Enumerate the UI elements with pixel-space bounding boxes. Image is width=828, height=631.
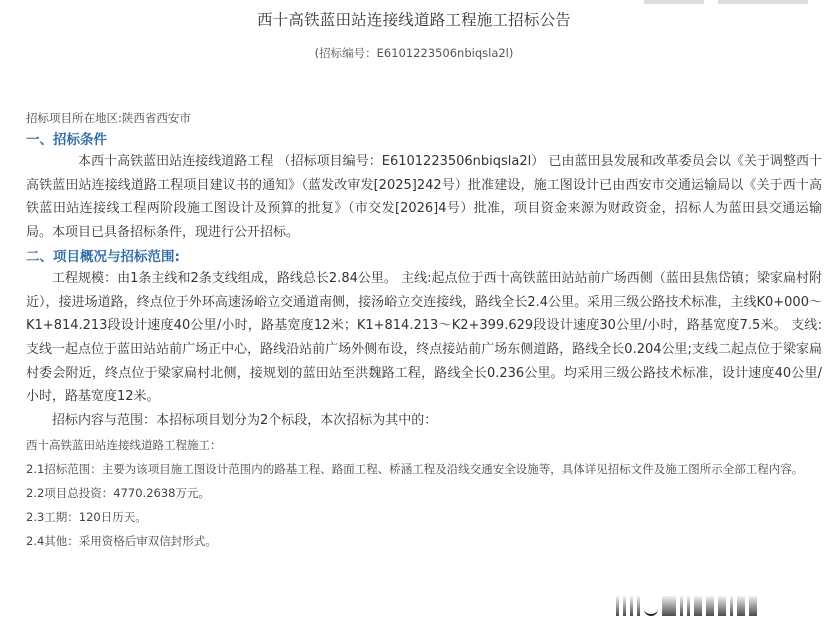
tender-conditions-paragraph: 本西十高铁蓝田站连接线道路工程 （招标项目编号：E6101223506nbiqs… [26, 150, 822, 245]
watermark-stroke [680, 596, 683, 616]
tender-number: (招标编号：E6101223506nbiqsla2l) [0, 45, 828, 61]
cropped-header-remnant [588, 0, 828, 6]
section-heading-project-overview: 二、项目概况与招标范围: [26, 247, 822, 267]
watermark-stroke [637, 596, 640, 616]
document-body: 招标项目所在地区:陕西省西安市 一、招标条件 本西十高铁蓝田站连接线道路工程 （… [26, 108, 822, 553]
watermark-stroke [687, 596, 690, 616]
watermark-stroke [737, 596, 745, 616]
watermark-stroke [630, 596, 633, 616]
watermark-stroke [694, 596, 702, 616]
watermark-stroke [706, 596, 714, 616]
item-tender-scope: 2.1招标范围：主要为该项目施工图设计范围内的路基工程、路面工程、桥涵工程及沿线… [26, 457, 822, 481]
item-other: 2.4其他：采用资格后审双信封形式。 [26, 529, 822, 553]
watermark-stroke [730, 596, 733, 616]
document-title: 西十高铁蓝田站连接线道路工程施工招标公告 [0, 8, 828, 30]
cropped-text-fragment [644, 0, 704, 4]
blurred-watermark [616, 592, 812, 616]
section-heading-tender-conditions: 一、招标条件 [26, 130, 822, 150]
watermark-stroke [616, 596, 619, 616]
item-total-investment: 2.2项目总投资：4770.2638万元。 [26, 481, 822, 505]
project-scale-paragraph: 工程规模：由1条主线和2条支线组成，路线总长2.84公里。 主线:起点位于西十高… [26, 267, 822, 409]
cropped-text-fragment [718, 0, 808, 4]
watermark-stroke [718, 596, 726, 616]
watermark-logo-icon [644, 594, 658, 616]
item-duration: 2.3工期：120日历天。 [26, 505, 822, 529]
lot-name: 西十高铁蓝田站连接线道路工程施工： [26, 433, 822, 457]
project-region: 招标项目所在地区:陕西省西安市 [26, 108, 822, 128]
tender-scope-intro: 招标内容与范围：本招标项目划分为2个标段，本次招标为其中的： [26, 409, 822, 433]
watermark-stroke [623, 596, 626, 616]
watermark-stroke [662, 596, 676, 616]
watermark-stroke [749, 596, 757, 616]
